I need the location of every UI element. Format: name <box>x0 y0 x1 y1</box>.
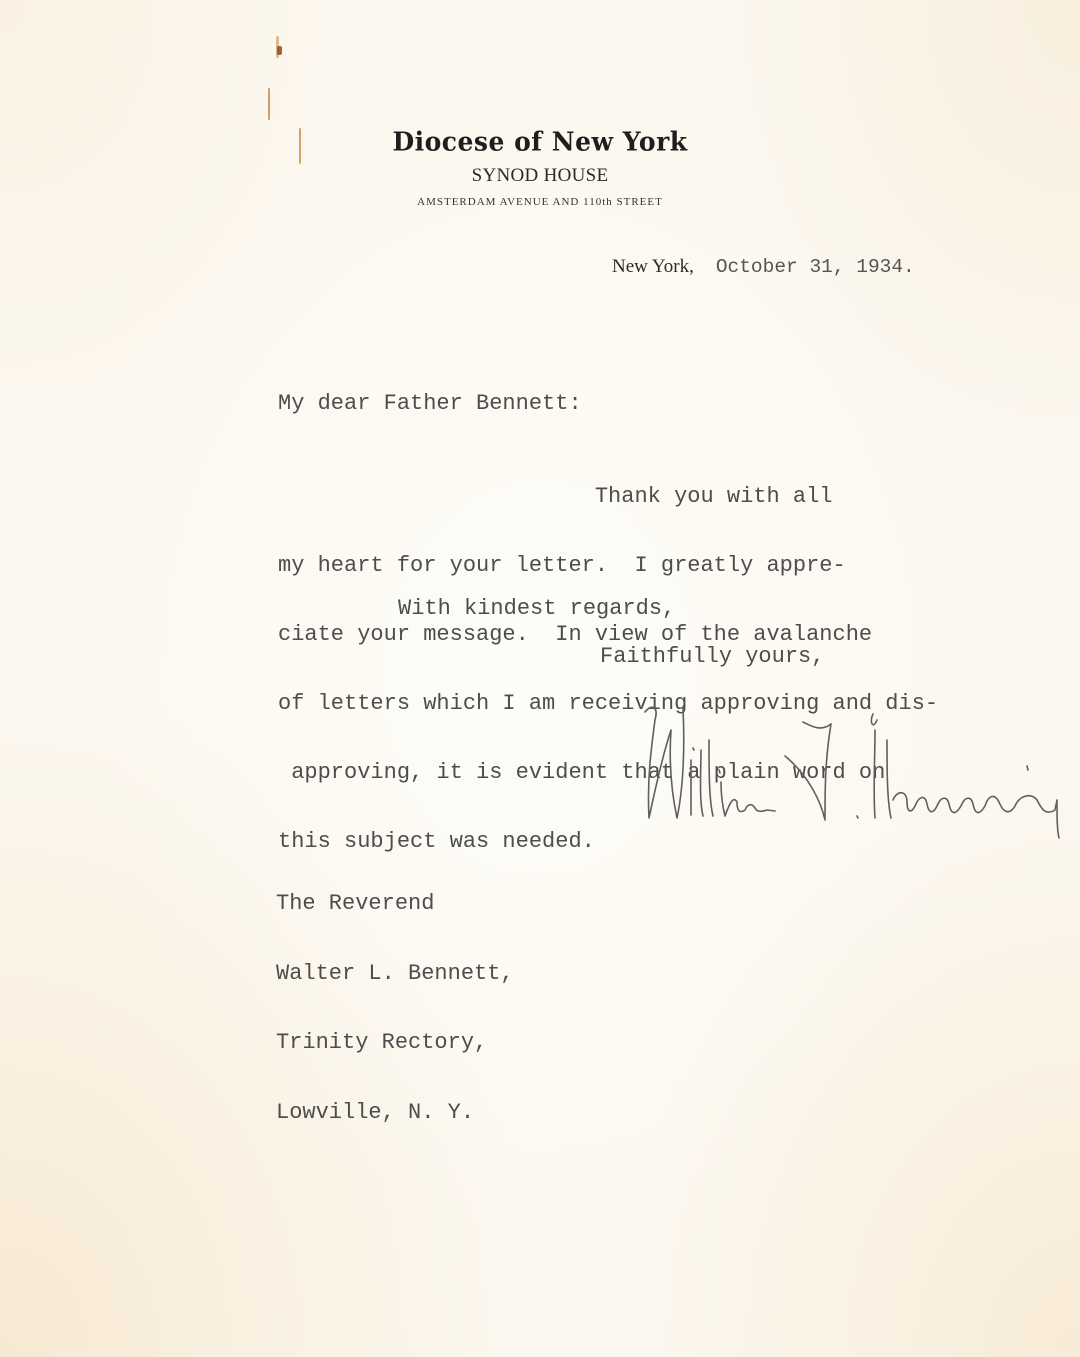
body-line: my heart for your letter. I greatly appr… <box>278 554 938 577</box>
rust-stain <box>299 128 301 164</box>
addressee-line: The Reverend <box>276 892 514 916</box>
dateline-city: New York, <box>612 256 694 277</box>
handwritten-signature <box>625 690 1075 840</box>
dateline-date: October 31, 1934. <box>716 256 915 278</box>
letterhead-subtitle: SYNOD HOUSE <box>340 162 740 190</box>
body-line: Thank you with all <box>278 485 938 508</box>
dateline: New York,October 31, 1934. <box>612 256 915 278</box>
signature-icon <box>625 690 1075 840</box>
rust-stain <box>268 88 270 120</box>
addressee-line: Trinity Rectory, <box>276 1031 514 1055</box>
letterhead-address: AMSTERDAM AVENUE AND 110th STREET <box>340 190 740 214</box>
salutation: My dear Father Bennett: <box>278 392 582 415</box>
valediction: Faithfully yours, <box>600 645 824 668</box>
body-line: ciate your message. In view of the avala… <box>278 623 938 646</box>
addressee-line: Walter L. Bennett, <box>276 962 514 986</box>
closing: With kindest regards, <box>398 597 675 620</box>
addressee-block: The Reverend Walter L. Bennett, Trinity … <box>276 846 514 1170</box>
letterhead-title: Diocese of New York <box>340 121 740 163</box>
addressee-line: Lowville, N. Y. <box>276 1101 514 1125</box>
rust-stain <box>277 46 282 55</box>
letterhead: Diocese of New York SYNOD HOUSE AMSTERDA… <box>340 122 740 214</box>
